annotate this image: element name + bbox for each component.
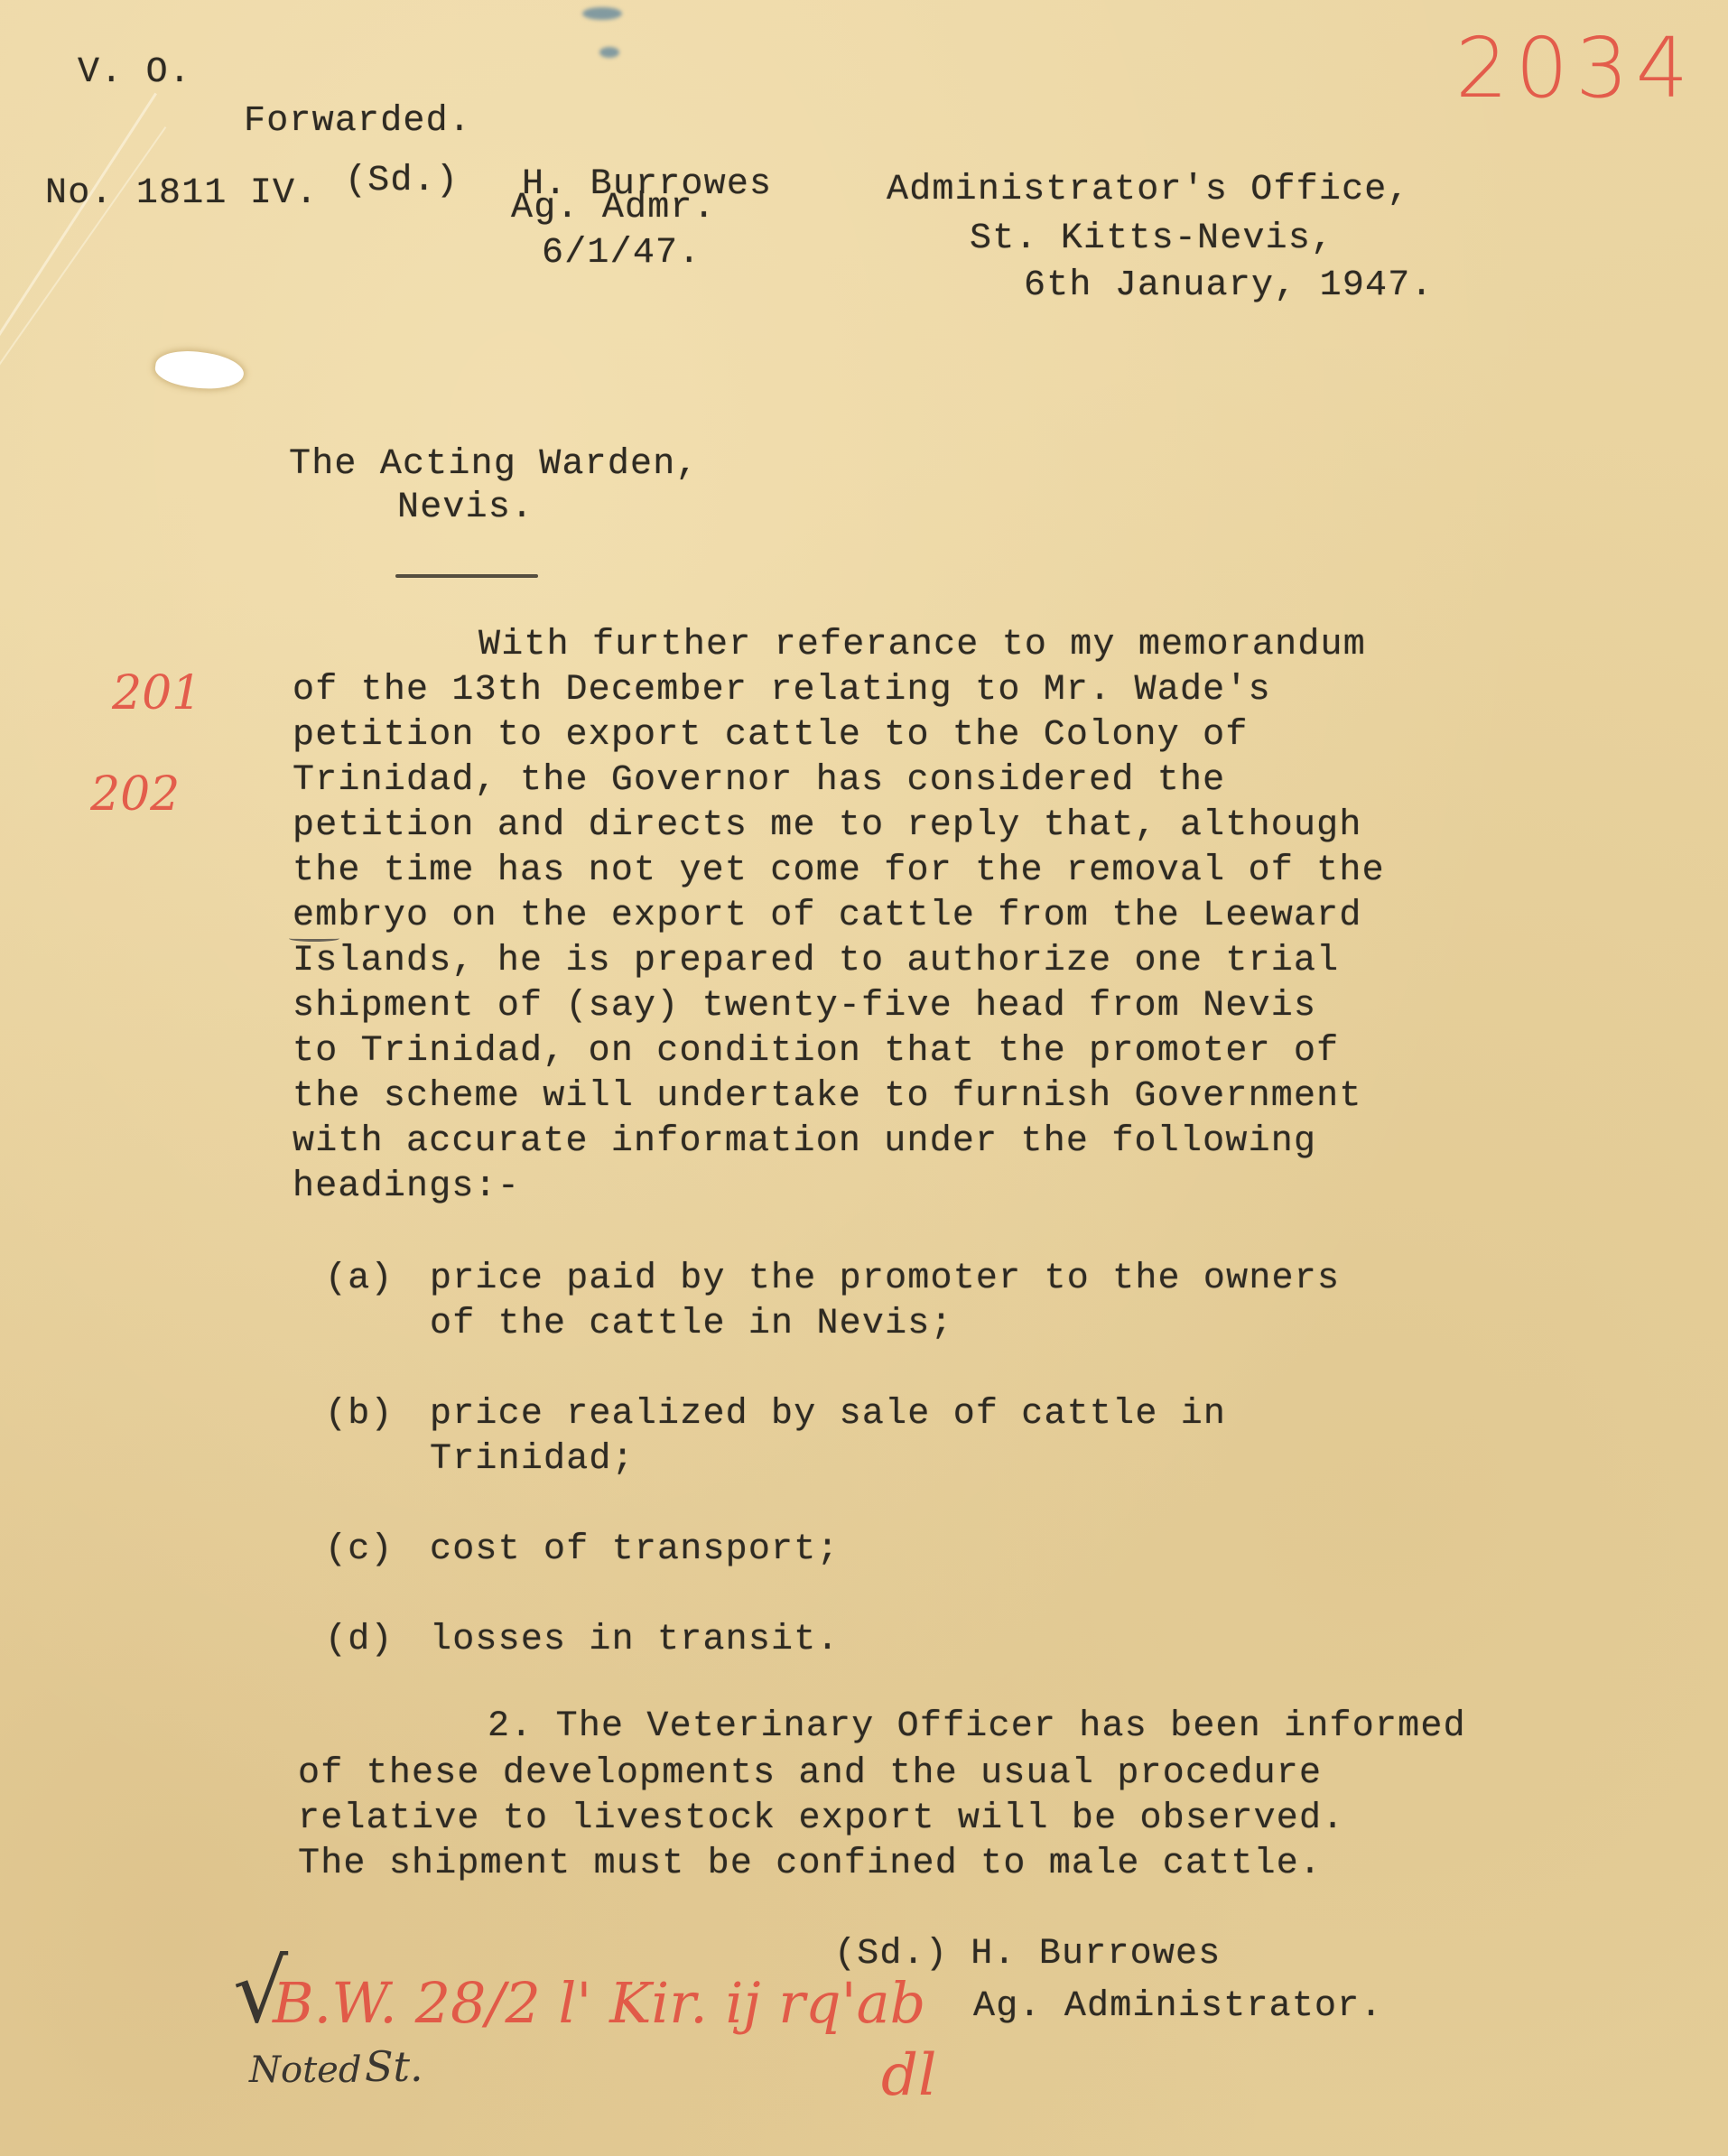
addressee-line1: The Acting Warden, [289, 442, 699, 487]
red-pencil-annotation: B.W. 28/2 l' Kir. ij rq'ab [273, 1970, 925, 2036]
red-pencil-initials: dl [881, 2042, 936, 2109]
body-line: With further referance to my memorandum [478, 623, 1366, 667]
list-item-text: price realized by sale of cattle in [430, 1392, 1226, 1436]
margin-ref-201: 201 [112, 666, 201, 720]
list-item-text: Trinidad; [430, 1437, 635, 1482]
list-item-label: (b) [325, 1392, 394, 1436]
forwarding-signature-title: Ag. Admr. [511, 186, 716, 230]
forwarding-date: 6/1/47. [542, 231, 701, 275]
signature-title: Ag. Administrator. [973, 1984, 1383, 2029]
list-item-label: (d) [325, 1618, 394, 1662]
body-line: Trinidad, the Governor has considered th… [293, 758, 1225, 803]
signed-prefix: (Sd.) [345, 159, 459, 203]
ink-stain [582, 7, 622, 20]
sender-office: Administrator's Office, [887, 168, 1410, 212]
letter-date: 6th January, 1947. [1024, 264, 1434, 308]
list-item-label: (a) [325, 1257, 394, 1301]
body-line: headings:- [293, 1165, 520, 1209]
body-line: petition and directs me to reply that, a… [293, 804, 1362, 848]
body-line: embryo on the export of cattle from the … [293, 894, 1362, 938]
body-line: of these developments and the usual proc… [298, 1752, 1322, 1796]
body-line: to Trinidad, on condition that the promo… [293, 1029, 1339, 1073]
routing-note: V. O. [78, 51, 191, 95]
margin-ref-202: 202 [90, 767, 180, 822]
body-line: relative to livestock export will be obs… [298, 1797, 1344, 1841]
ink-stain [599, 47, 619, 58]
body-line: with accurate information under the foll… [293, 1120, 1316, 1164]
body-line: the time has not yet come for the remova… [293, 849, 1385, 893]
list-item-text: losses in transit. [430, 1618, 840, 1662]
body-line: 2. The Veterinary Officer has been infor… [488, 1705, 1466, 1749]
punch-hole [153, 346, 246, 394]
body-line: The shipment must be confined to male ca… [298, 1842, 1322, 1886]
noted-initials: St. [365, 2042, 423, 2091]
reference-number: No. 1811 IV. [45, 172, 318, 216]
folio-number: 2034 [1455, 20, 1695, 116]
document-page: V. O. Forwarded. No. 1811 IV. (Sd.) H. B… [0, 0, 1728, 2156]
sender-location: St. Kitts-Nevis, [970, 217, 1333, 261]
list-item-label: (c) [325, 1528, 394, 1572]
separator-rule [395, 574, 538, 578]
body-line: shipment of (say) twenty-five head from … [293, 984, 1316, 1028]
addressee-line2: Nevis. [397, 486, 534, 530]
noted-annotation: Noted [249, 2049, 361, 2091]
list-item-text: of the cattle in Nevis; [430, 1302, 953, 1346]
body-line: the scheme will undertake to furnish Gov… [293, 1074, 1362, 1119]
forwarded-label: Forwarded. [244, 99, 471, 144]
body-line: of the 13th December relating to Mr. Wad… [293, 668, 1271, 712]
list-item-text: cost of transport; [430, 1528, 840, 1572]
body-line: petition to export cattle to the Colony … [293, 713, 1249, 757]
body-line: Islands, he is prepared to authorize one… [293, 939, 1339, 983]
list-item-text: price paid by the promoter to the owners [430, 1257, 1340, 1301]
